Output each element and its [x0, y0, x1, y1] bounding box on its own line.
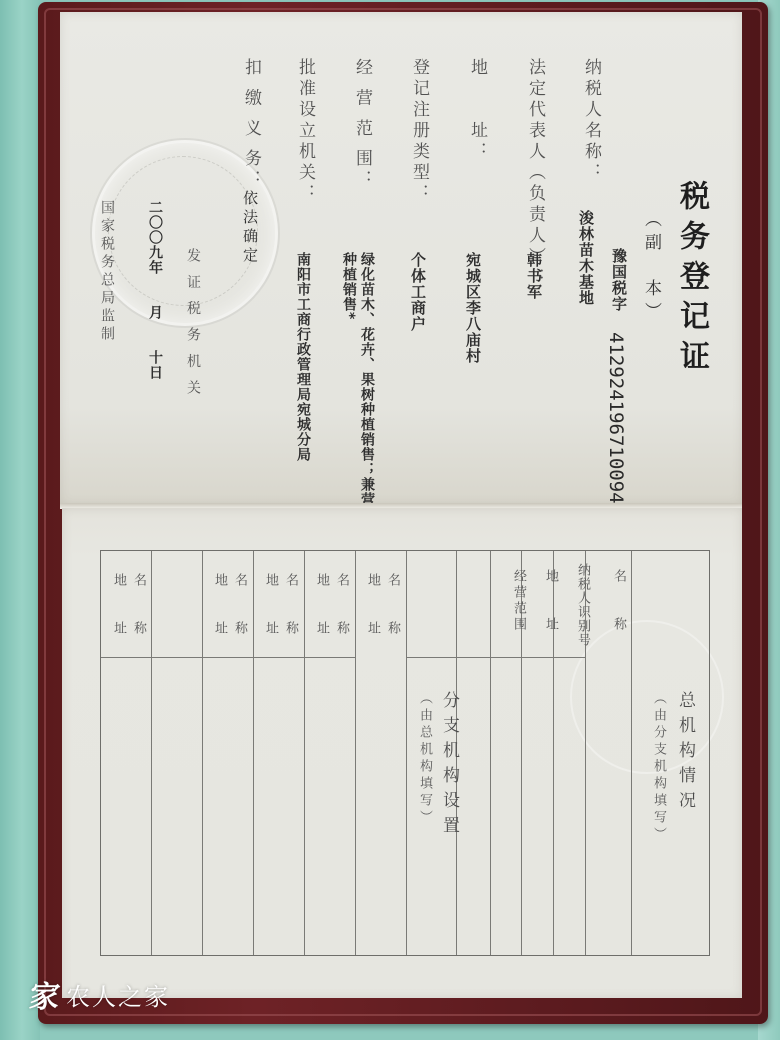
issue-date: 二〇〇九年 月 十日 — [148, 200, 162, 380]
branch-3-name-label: 名 称 — [281, 573, 300, 637]
table-line — [406, 551, 407, 955]
document-subtitle: （副 本） — [642, 210, 659, 325]
branch-1-name-label: 名 称 — [383, 573, 402, 637]
supervisor-footer: 国家税务总局监制 — [100, 200, 114, 344]
hq-header-name: 名 称 — [609, 569, 628, 633]
value-registration-type: 个体工商户 — [410, 252, 425, 332]
branch-table: 名 称 纳税人识别号 地 址 经营范围 总机构情况 （由分支机构填写） 分支机构… — [100, 550, 710, 956]
table-line — [304, 551, 305, 955]
table-line — [631, 551, 632, 955]
label-approval-authority: 批准设立机关： — [296, 58, 313, 205]
branch-section-note: （由总机构填写） — [415, 691, 434, 827]
branch-2-name-label: 名 称 — [332, 573, 351, 637]
branch-5-name-label: 名 称 — [129, 573, 148, 637]
branch-5-address-label: 地 址 — [109, 573, 128, 637]
label-withholding-duty: 扣 缴 义 务： — [242, 58, 259, 191]
table-line — [151, 551, 152, 955]
value-address: 宛城区李八庙村 — [465, 252, 480, 364]
tax-number-prefix: 豫国税字 — [611, 248, 626, 312]
value-taxpayer-name: 浚林苗木基地 — [578, 210, 593, 306]
label-taxpayer-name: 纳税人名称： — [582, 58, 599, 184]
table-line — [202, 551, 203, 955]
site-watermark: 家 农人之家 — [30, 972, 170, 1016]
table-line — [253, 551, 254, 955]
hq-section-note: （由分支机构填写） — [649, 691, 668, 844]
hq-header-address: 地 址 — [541, 569, 560, 633]
document-title: 税务登记证 — [676, 180, 706, 380]
label-business-scope: 经 营 范 围： — [353, 58, 370, 191]
value-legal-rep: 韩书军 — [526, 252, 541, 300]
hq-header-business-scope: 经营范围 — [509, 569, 528, 633]
branch-4-name-label: 名 称 — [230, 573, 249, 637]
branch-section-title: 分支机构设置 — [437, 691, 462, 841]
label-registration-type: 登记注册类型： — [410, 58, 427, 205]
background-left — [0, 0, 40, 1040]
branch-1-address-label: 地 址 — [363, 573, 382, 637]
hq-header-taxpayer-id: 纳税人识别号 — [573, 563, 592, 647]
table-line — [490, 551, 491, 955]
table-line — [101, 657, 355, 658]
branch-4-address-label: 地 址 — [210, 573, 229, 637]
embossed-seal-inner — [108, 156, 258, 306]
value-approval-authority: 南阳市工商行政管理局宛城分局 — [296, 252, 310, 462]
label-address: 地 址： — [468, 58, 485, 163]
watermark-text: 农人之家 — [66, 977, 170, 1012]
value-withholding-duty: 依法确定 — [242, 190, 257, 266]
hq-section-title: 总机构情况 — [673, 691, 698, 816]
table-line — [406, 657, 585, 658]
house-logo-icon: 家 — [27, 972, 63, 1016]
issuing-authority: 发 证 税 务 机 关 — [186, 248, 200, 398]
branch-3-address-label: 地 址 — [261, 573, 280, 637]
table-line — [355, 551, 356, 955]
branch-2-address-label: 地 址 — [312, 573, 331, 637]
